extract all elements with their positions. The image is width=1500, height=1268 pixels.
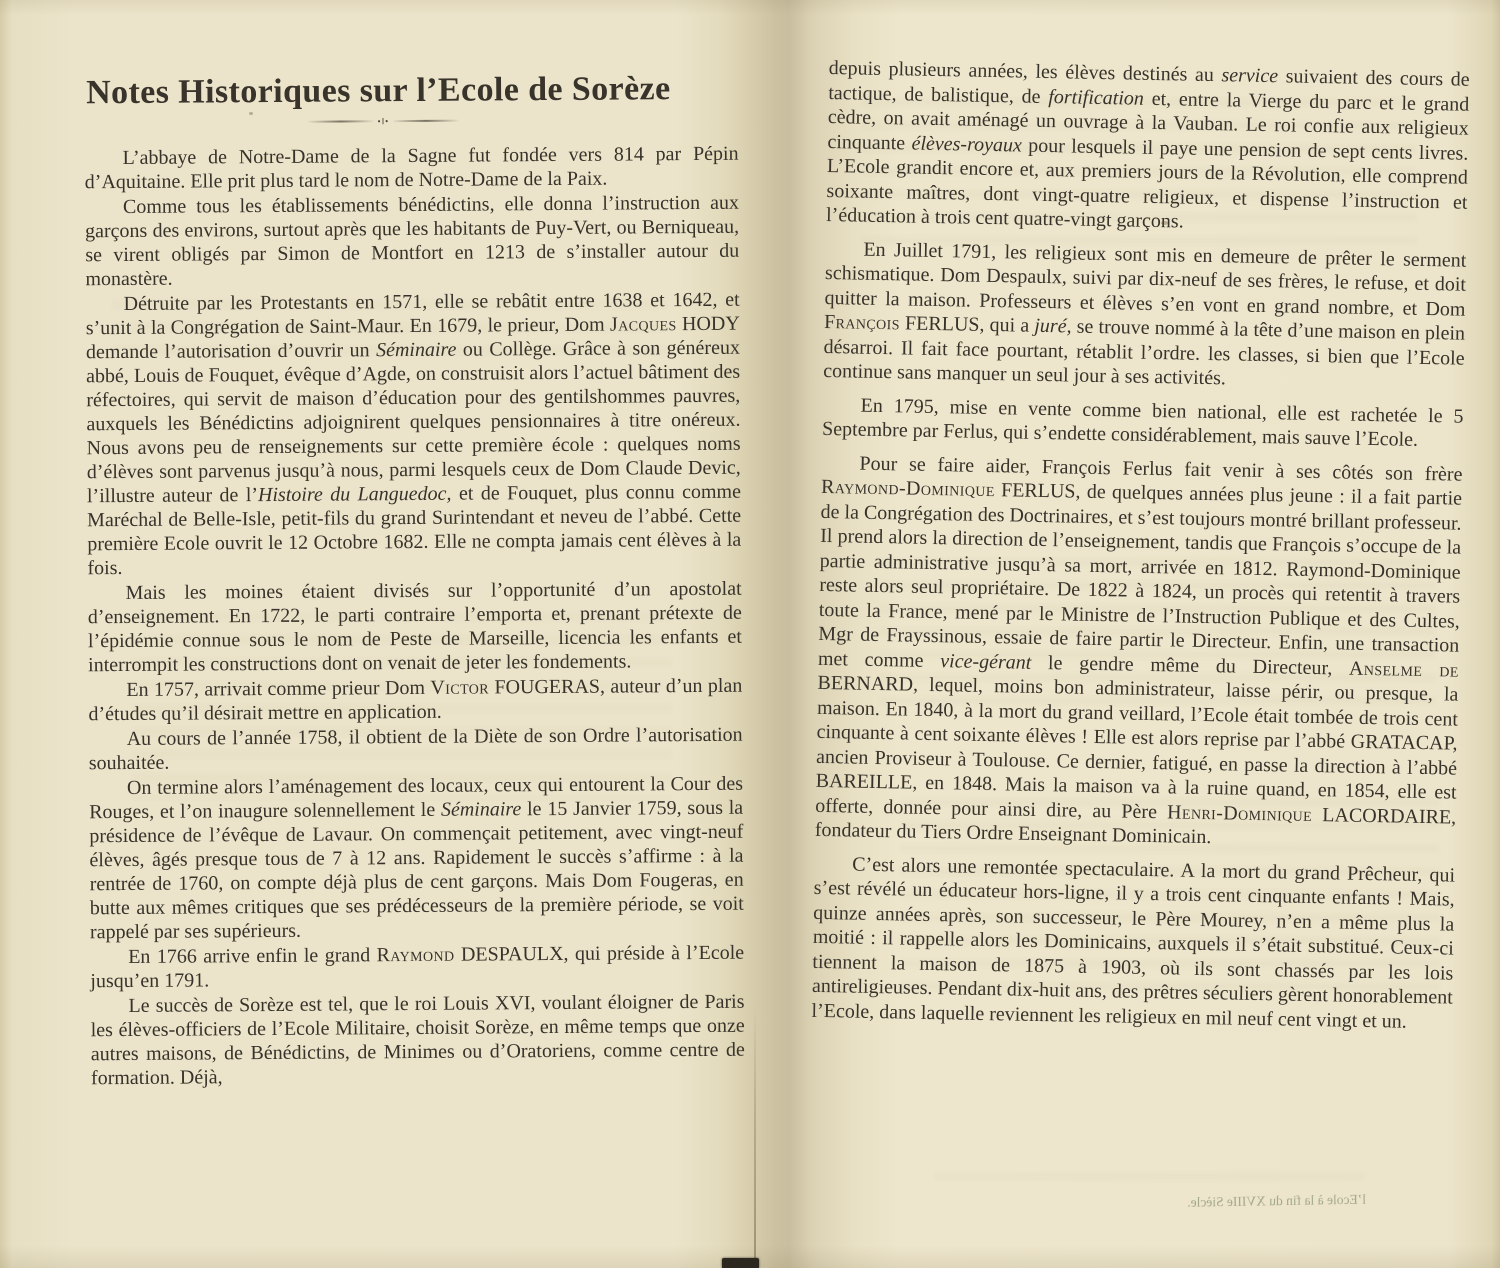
paragraph: depuis plusieurs années, les élèves dest… bbox=[826, 56, 1470, 239]
paragraph: Pour se faire aider, François Ferlus fai… bbox=[815, 450, 1463, 854]
page-title: Notes Historiques sur l’Ecole de Sorèze bbox=[86, 70, 738, 113]
left-page: Notes Historiques sur l’Ecole de Sorèze … bbox=[84, 70, 745, 1092]
paper-speck bbox=[249, 112, 253, 115]
paragraph: Mais les moines étaient divisés sur l’op… bbox=[88, 577, 743, 678]
paper-speck bbox=[1161, 221, 1168, 225]
scanned-book-spread: { "colors": { "paper": "#ece4ca", "gutte… bbox=[0, 0, 1500, 1268]
paragraph: En 1766 arrive enfin le grand Raymond DE… bbox=[90, 941, 744, 994]
bleedthrough-blur bbox=[935, 1172, 1365, 1194]
paragraph: En 1757, arrivait comme prieur Dom Victo… bbox=[88, 674, 742, 727]
paragraph: Détruite par les Protestants en 1571, el… bbox=[86, 288, 742, 581]
paragraph: L’abbaye de Notre-Dame de la Sagne fut f… bbox=[85, 142, 739, 195]
title-divider-ornament: •‖• bbox=[308, 116, 458, 127]
right-page: depuis plusieurs années, les élèves dest… bbox=[811, 56, 1470, 1044]
paragraph: Comme tous les établissements bénédictin… bbox=[85, 191, 740, 292]
spine-bottom-mark bbox=[722, 1258, 759, 1268]
bleedthrough-text: l’Ecole à la fin du XVIIIe Siècle. bbox=[1098, 1192, 1366, 1213]
left-page-body: L’abbaye de Notre-Dame de la Sagne fut f… bbox=[85, 142, 746, 1091]
book-spread-background: l’Ecole à la fin du XVIIIe Siècle. Notes… bbox=[0, 0, 1500, 1268]
paragraph: Au cours de l’année 1758, il obtient de … bbox=[89, 723, 743, 776]
paragraph: On termine alors l’aménagement des locau… bbox=[89, 772, 744, 945]
paragraph: En Juillet 1791, les religieux sont mis … bbox=[823, 236, 1467, 395]
paragraph: En 1795, mise en vente comme bien nation… bbox=[822, 392, 1464, 453]
paragraph: C’est alors une remontée spectaculaire. … bbox=[811, 851, 1455, 1034]
right-page-body: depuis plusieurs années, les élèves dest… bbox=[811, 56, 1470, 1035]
paragraph: Le succès de Sorèze est tel, que le roi … bbox=[90, 990, 745, 1091]
page-crease bbox=[754, 1005, 756, 1268]
